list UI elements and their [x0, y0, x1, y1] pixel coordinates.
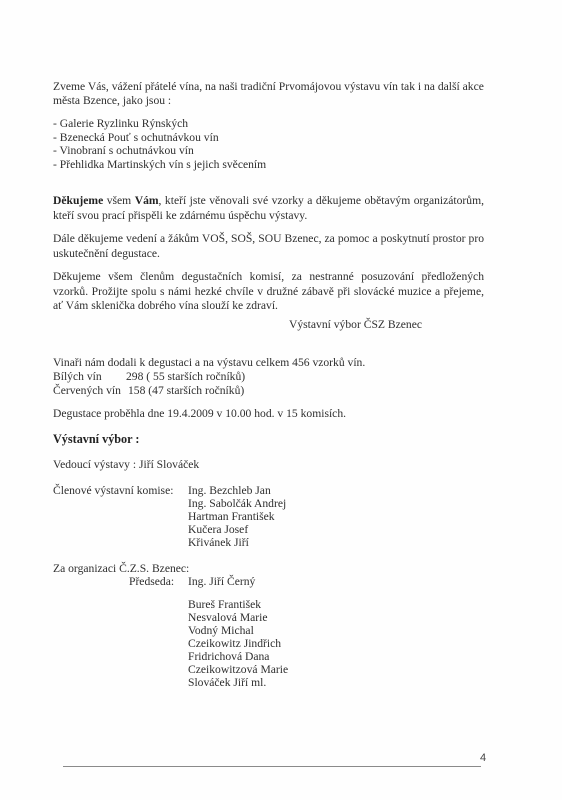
committee-member: Ing. Bezchleb Jan — [188, 484, 271, 498]
red-wines-value: 158 (47 starších ročníků) — [128, 384, 244, 398]
event-item: - Přehlidka Martinských vín s jejich svě… — [53, 158, 266, 172]
thanks-paragraph-2: Dále děkujeme vedení a žákům VOŠ, SOŠ, S… — [53, 232, 484, 261]
footer-rule — [63, 766, 481, 767]
thanks-paragraph-1: Děkujeme všem Vám, kteří jste věnovali s… — [53, 194, 484, 223]
thanks-text-1: všem — [103, 194, 134, 207]
committee-heading: Výstavní výbor : — [53, 432, 139, 446]
organization-label: Za organizaci Č.Z.S. Bzenec: — [53, 562, 189, 576]
event-item: - Galerie Ryzlinku Rýnských — [53, 117, 188, 131]
event-item: - Vinobraní s ochutnávkou vín — [53, 144, 194, 158]
org-member: Slováček Jiří ml. — [188, 676, 266, 690]
committee-member: Ing. Sabolčák Andrej — [188, 497, 286, 511]
chair-label: Předseda: — [129, 575, 174, 589]
exhibition-leader: Vedoucí výstavy : Jiří Slováček — [53, 458, 199, 472]
intro-line-1: Zveme Vás, vážení přátelé vína, na naši … — [53, 80, 484, 94]
signature: Výstavní výbor ČSZ Bzenec — [289, 318, 422, 332]
chair-name: Ing. Jiří Černý — [188, 575, 255, 589]
org-member: Bureš František — [188, 598, 261, 612]
page-number: 4 — [480, 752, 486, 764]
samples-total: Vinaři nám dodali k degustaci a na výsta… — [53, 356, 365, 370]
thanks-paragraph-3: Děkujeme všem členům degustačních komisí… — [53, 270, 484, 314]
org-member: Czeikowitzová Marie — [188, 663, 288, 677]
org-member: Vodný Michal — [188, 624, 254, 638]
red-wines-label: Červených vín — [53, 384, 121, 398]
intro-line-2: města Bzence, jako jsou : — [53, 94, 171, 108]
committee-member: Hartman František — [188, 510, 275, 524]
event-item: - Bzenecká Pouť s ochutnávkou vín — [53, 131, 219, 145]
thanks-bold-1: Děkujeme — [53, 194, 103, 207]
members-label: Členové výstavní komise: — [53, 484, 173, 498]
committee-member: Kučera Josef — [188, 523, 248, 537]
committee-member: Křivánek Jiří — [188, 536, 249, 550]
tasting-info: Degustace proběhla dne 19.4.2009 v 10.00… — [53, 407, 346, 421]
org-member: Fridrichová Dana — [188, 650, 269, 664]
org-member: Czeikowitz Jindřich — [188, 637, 281, 651]
document-page: Zveme Vás, vážení přátelé vína, na naši … — [0, 0, 562, 800]
white-wines-label: Bílých vín — [53, 370, 102, 384]
org-member: Nesvalová Marie — [188, 611, 268, 625]
white-wines-value: 298 ( 55 starších ročníků) — [126, 370, 245, 384]
thanks-bold-2: Vám — [135, 194, 159, 207]
